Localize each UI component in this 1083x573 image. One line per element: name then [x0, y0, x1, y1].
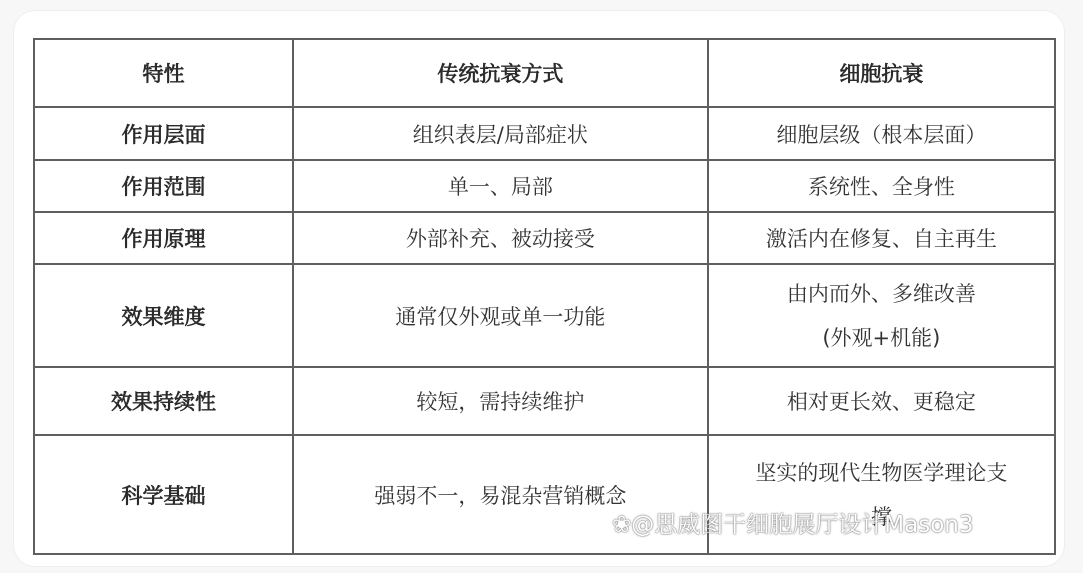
traditional-cell: 外部补充、被动接受: [293, 212, 708, 264]
cellular-cell: 相对更长效、更稳定: [708, 367, 1055, 435]
cellular-cell: 系统性、全身性: [708, 160, 1055, 212]
watermark: ❀@思威图干细胞展厅设计Mason3: [612, 506, 973, 539]
cellular-cell: 细胞层级（根本层面）: [708, 107, 1055, 160]
table-header-row: 特性 传统抗衰方式 细胞抗衰: [34, 39, 1055, 107]
feature-cell: 效果持续性: [34, 367, 293, 435]
table-row: 作用范围 单一、局部 系统性、全身性: [34, 160, 1055, 212]
traditional-cell: 通常仅外观或单一功能: [293, 264, 708, 367]
table-row: 效果持续性 较短，需持续维护 相对更长效、更稳定: [34, 367, 1055, 435]
traditional-cell: 单一、局部: [293, 160, 708, 212]
comparison-table: 特性 传统抗衰方式 细胞抗衰 作用层面 组织表层/局部症状 细胞层级（根本层面）…: [33, 38, 1056, 555]
cellular-cell: 激活内在修复、自主再生: [708, 212, 1055, 264]
cellular-line: 坚实的现代生物医学理论支: [719, 451, 1044, 495]
cellular-line: 由内而外、多维改善: [719, 272, 1044, 316]
cellular-line: (外观+机能): [719, 316, 1044, 360]
cellular-cell: 由内而外、多维改善(外观+机能): [708, 264, 1055, 367]
feature-cell: 作用范围: [34, 160, 293, 212]
table-row: 效果维度 通常仅外观或单一功能 由内而外、多维改善(外观+机能): [34, 264, 1055, 367]
header-traditional: 传统抗衰方式: [293, 39, 708, 107]
header-cellular: 细胞抗衰: [708, 39, 1055, 107]
table-row: 作用层面 组织表层/局部症状 细胞层级（根本层面）: [34, 107, 1055, 160]
feature-cell: 效果维度: [34, 264, 293, 367]
header-feature: 特性: [34, 39, 293, 107]
table-row: 作用原理 外部补充、被动接受 激活内在修复、自主再生: [34, 212, 1055, 264]
feature-cell: 作用原理: [34, 212, 293, 264]
feature-cell: 科学基础: [34, 435, 293, 554]
feature-cell: 作用层面: [34, 107, 293, 160]
traditional-cell: 组织表层/局部症状: [293, 107, 708, 160]
traditional-cell: 较短，需持续维护: [293, 367, 708, 435]
